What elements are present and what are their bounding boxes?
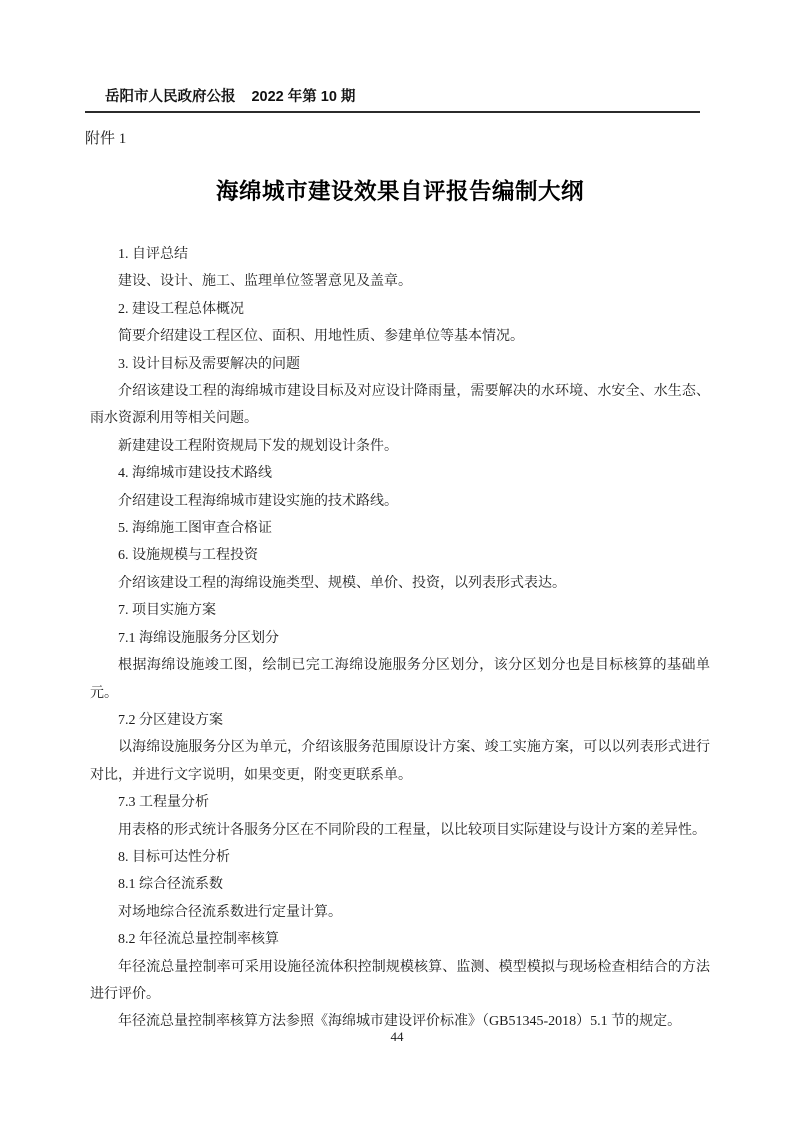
doc-paragraph: 8.1 综合径流系数 bbox=[90, 871, 710, 898]
doc-paragraph: 简要介绍建设工程区位、面积、用地性质、参建单位等基本情况。 bbox=[90, 323, 710, 350]
doc-paragraph: 介绍该建设工程的海绵城市建设目标及对应设计降雨量，需要解决的水环境、水安全、水生… bbox=[90, 378, 710, 433]
doc-paragraph: 根据海绵设施竣工图，绘制已完工海绵设施服务分区划分，该分区划分也是目标核算的基础… bbox=[90, 652, 710, 707]
page-number: 44 bbox=[0, 1028, 794, 1046]
doc-paragraph: 介绍该建设工程的海绵设施类型、规模、单价、投资，以列表形式表达。 bbox=[90, 570, 710, 597]
doc-paragraph: 用表格的形式统计各服务分区在不同阶段的工程量，以比较项目实际建设与设计方案的差异… bbox=[90, 817, 710, 844]
doc-paragraph: 介绍建设工程海绵城市建设实施的技术路线。 bbox=[90, 488, 710, 515]
doc-paragraph: 2. 建设工程总体概况 bbox=[90, 296, 710, 323]
gazette-name: 岳阳市人民政府公报 bbox=[105, 89, 236, 105]
doc-paragraph: 4. 海绵城市建设技术路线 bbox=[90, 460, 710, 487]
document-page: 岳阳市人民政府公报2022 年第 10 期 附件 1 海绵城市建设效果自评报告编… bbox=[0, 0, 794, 1122]
doc-paragraph: 1. 自评总结 bbox=[90, 241, 710, 268]
doc-paragraph: 6. 设施规模与工程投资 bbox=[90, 542, 710, 569]
gazette-header: 岳阳市人民政府公报2022 年第 10 期 bbox=[85, 88, 700, 113]
doc-paragraph: 8. 目标可达性分析 bbox=[90, 844, 710, 871]
doc-paragraph: 7. 项目实施方案 bbox=[90, 597, 710, 624]
attachment-label: 附件 1 bbox=[85, 129, 794, 149]
doc-paragraph: 3. 设计目标及需要解决的问题 bbox=[90, 351, 710, 378]
doc-paragraph: 年径流总量控制率可采用设施径流体积控制规模核算、监测、模型模拟与现场检查相结合的… bbox=[90, 954, 710, 1009]
doc-paragraph: 新建建设工程附资规局下发的规划设计条件。 bbox=[90, 433, 710, 460]
doc-paragraph: 7.2 分区建设方案 bbox=[90, 707, 710, 734]
doc-paragraph: 5. 海绵施工图审查合格证 bbox=[90, 515, 710, 542]
doc-paragraph: 8.2 年径流总量控制率核算 bbox=[90, 926, 710, 953]
doc-paragraph: 建设、设计、施工、监理单位签署意见及盖章。 bbox=[90, 268, 710, 295]
doc-paragraph: 7.1 海绵设施服务分区划分 bbox=[90, 625, 710, 652]
gazette-issue: 2022 年第 10 期 bbox=[251, 89, 355, 105]
doc-paragraph: 7.3 工程量分析 bbox=[90, 789, 710, 816]
document-body: 1. 自评总结 建设、设计、施工、监理单位签署意见及盖章。 2. 建设工程总体概… bbox=[90, 241, 710, 1036]
document-title: 海绵城市建设效果自评报告编制大纲 bbox=[90, 176, 710, 207]
doc-paragraph: 以海绵设施服务分区为单元，介绍该服务范围原设计方案、竣工实施方案，可以以列表形式… bbox=[90, 734, 710, 789]
gazette-header-text: 岳阳市人民政府公报2022 年第 10 期 bbox=[85, 88, 700, 107]
doc-paragraph: 对场地综合径流系数进行定量计算。 bbox=[90, 899, 710, 926]
